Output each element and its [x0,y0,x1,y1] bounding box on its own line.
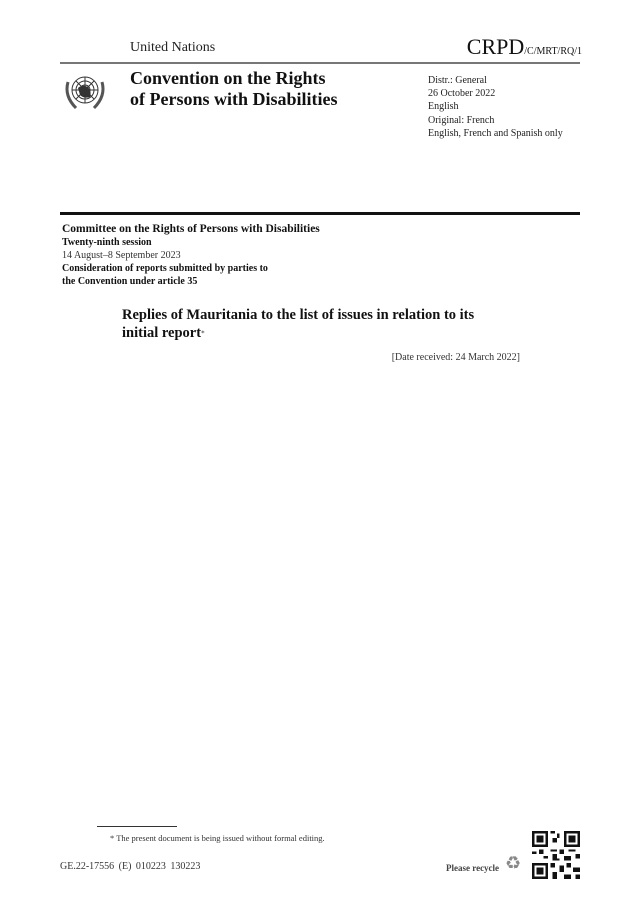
committee-name: Committee on the Rights of Persons with … [62,223,320,236]
org-name: United Nations [130,40,215,56]
job-number: GE.22-17556 (E) 010223 130223 [60,861,200,872]
title-line2: initial report [122,325,201,341]
body-title-line2: of Persons with Disabilities [130,89,338,110]
recycle-icon: ♻ [505,853,521,874]
distribution-block: Distr.: General 26 October 2022 English … [428,74,563,140]
session-dates: 14 August–8 September 2023 [62,249,320,262]
issue-date: 26 October 2022 [428,87,563,100]
footnote: * The present document is being issued w… [110,833,325,843]
footnote-rule [97,826,177,827]
symbol-main: CRPD [467,34,524,59]
footnote-marker[interactable]: * [201,330,205,338]
agenda-item-line1: Consideration of reports submitted by pa… [62,262,320,275]
symbol-sub: /C/MRT/RQ/1 [524,46,582,57]
recycle-label: Please recycle [446,863,499,873]
body-title-line1: Convention on the Rights [130,68,338,89]
title-line1: Replies of Mauritania to the list of iss… [122,306,522,324]
language: English [428,100,563,113]
original-language: Original: French [428,114,563,127]
document-title: Replies of Mauritania to the list of iss… [122,306,522,343]
date-received: [Date received: 24 March 2022] [392,352,520,363]
document-symbol: CRPD/C/MRT/RQ/1 [467,34,582,60]
header-rule [60,62,580,64]
languages-only: English, French and Spanish only [428,127,563,140]
body-title: Convention on the Rights of Persons with… [130,68,338,110]
session: Twenty-ninth session [62,236,320,249]
committee-block: Committee on the Rights of Persons with … [62,223,320,288]
agenda-item-line2: the Convention under article 35 [62,275,320,288]
qr-code-icon[interactable] [532,831,580,879]
distr: Distr.: General [428,74,563,87]
section-rule [60,212,580,215]
un-emblem-icon [62,68,108,114]
